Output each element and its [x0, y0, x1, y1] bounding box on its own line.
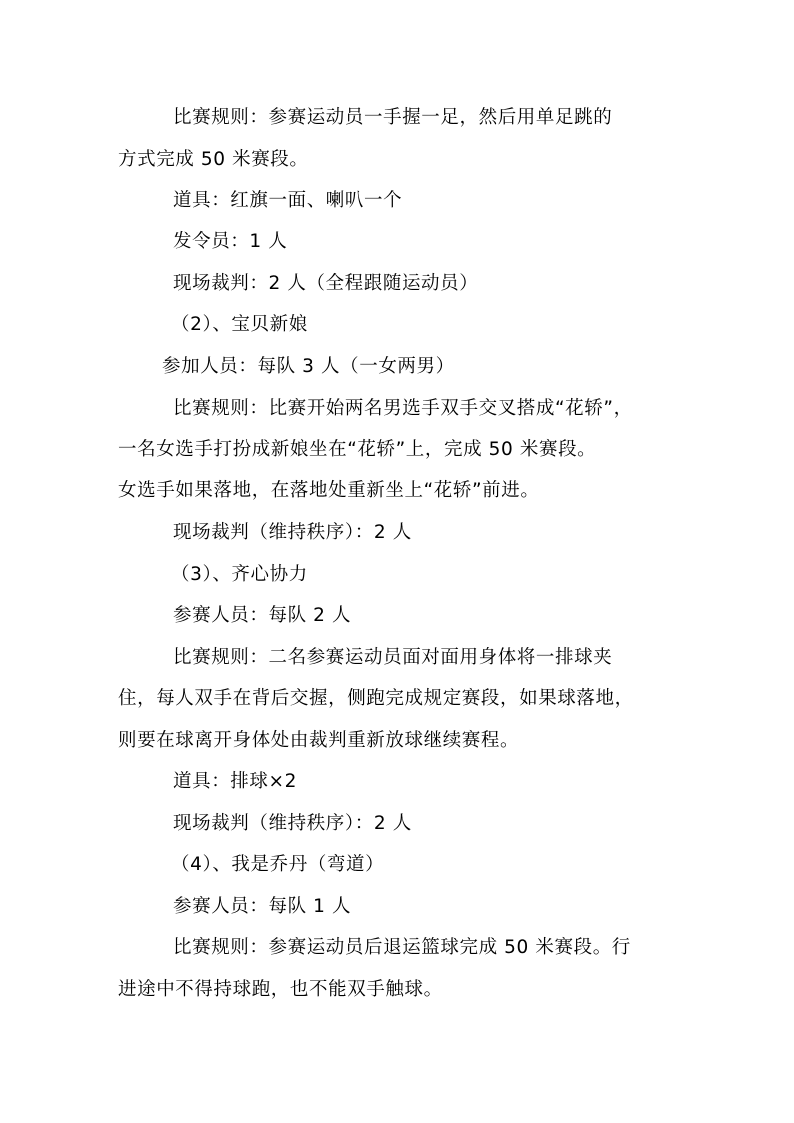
document-page: 比赛规则：参赛运动员一手握一足，然后用单足跳的 方式完成 50 米赛段。 道具：…: [0, 0, 794, 1123]
referee-line: 现场裁判（维持秩序）：2 人: [173, 521, 412, 545]
rule-paragraph-line: 方式完成 50 米赛段。: [118, 148, 309, 172]
starter-line: 发令员：1 人: [173, 230, 287, 254]
participants-line: 参加人员：每队 3 人（一女两男）: [162, 355, 455, 379]
referee-line: 现场裁判（维持秩序）：2 人: [173, 812, 412, 836]
section-heading: （3）、齐心协力: [171, 563, 308, 587]
participants-line: 参赛人员：每队 2 人: [173, 604, 351, 628]
participants-line: 参赛人员：每队 1 人: [173, 895, 351, 919]
rule-paragraph-line: 比赛规则：参赛运动员一手握一足，然后用单足跳的: [173, 106, 612, 130]
props-line: 道具：红旗一面、喇叭一个: [173, 189, 402, 213]
rule-paragraph-line: 女选手如果落地，在落地处重新坐上“花轿”前进。: [118, 479, 539, 503]
referee-line: 现场裁判：2 人（全程跟随运动员）: [173, 272, 478, 296]
rule-paragraph-line: 一名女选手打扮成新娘坐在“花轿”上，完成 50 米赛段。: [118, 438, 596, 462]
rule-paragraph-line: 进途中不得持球跑，也不能双手触球。: [118, 978, 443, 1002]
section-heading: （2）、宝贝新娘: [171, 313, 308, 337]
rule-paragraph-line: 住，每人双手在背后交握，侧跑完成规定赛段，如果球落地，: [118, 687, 634, 711]
props-line: 道具：排球×2: [173, 770, 297, 794]
section-heading: （4）、我是乔丹（弯道）: [171, 853, 384, 877]
rule-paragraph-line: 比赛规则：参赛运动员后退运篮球完成 50 米赛段。行: [173, 936, 631, 960]
rule-paragraph-line: 比赛规则：二名参赛运动员面对面用身体将一排球夹: [173, 646, 612, 670]
rule-paragraph-line: 比赛规则：比赛开始两名男选手双手交叉搭成“花轿”，: [173, 397, 633, 421]
rule-paragraph-line: 则要在球离开身体处由裁判重新放球继续赛程。: [118, 729, 519, 753]
